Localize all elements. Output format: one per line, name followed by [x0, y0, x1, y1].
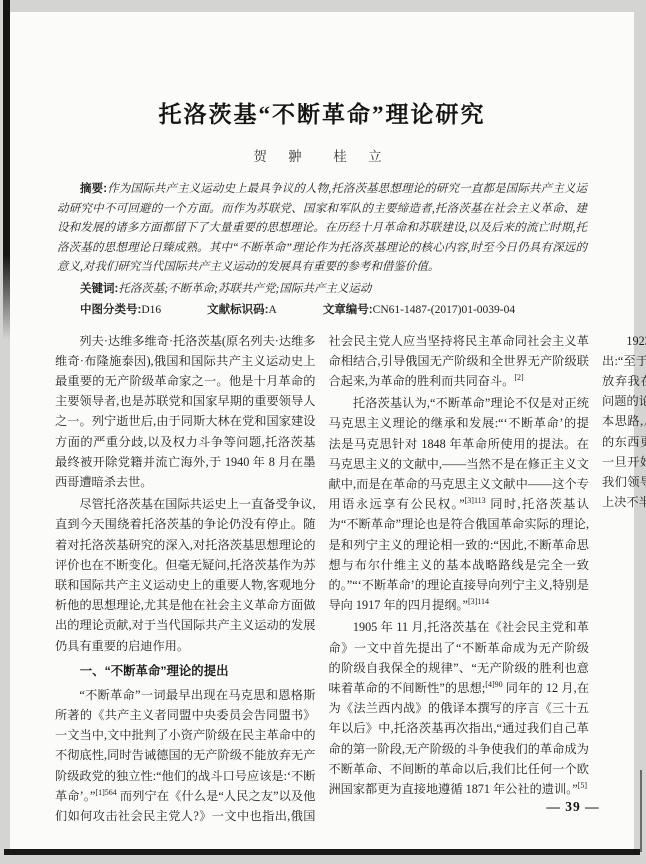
- article-number: 文章编号:CN61-1487-(2017)01-0039-04: [323, 304, 515, 316]
- abstract-label: 摘要:: [80, 183, 107, 195]
- keywords-line: 关键词:托洛茨基;不断革命;苏联共产党;国际共产主义运动: [57, 279, 587, 299]
- paper-sheet: 托洛茨基“不断革命”理论研究 贺 翀 桂 立 摘要:作为国际共产主义运动史上最具…: [10, 12, 634, 852]
- paragraph: 列夫·达维多维奇·托洛茨基(原名列夫·达维多维奇·布隆施泰因),俄国和国际共产主…: [55, 331, 316, 493]
- scan-left-edge-artifact: [3, 0, 10, 340]
- article-body: 列夫·达维多维奇·托洛茨基(原名列夫·达维多维奇·布隆施泰因),俄国和国际共产主…: [55, 331, 589, 841]
- article-number-value: CN61-1487-(2017)01-0039-04: [373, 304, 515, 316]
- citation-marker: [3]113: [465, 496, 486, 505]
- clc-value: D16: [141, 304, 161, 316]
- doc-code-value: A: [269, 304, 277, 316]
- paragraph: 托洛茨基认为,“不断革命”理论不仅是对正统马克思主义理论的继承和发展:“‘不断革…: [329, 393, 590, 615]
- page-number: — 39 —: [518, 799, 628, 815]
- abstract-text: 作为国际共产主义运动史上最具争议的人物,托洛茨基思想理论的研究一直都是国际共产主…: [57, 183, 587, 273]
- keywords-text: 托洛茨基;不断革命;苏联共产党;国际共产主义运动: [118, 283, 371, 295]
- paragraph: 1923 年,托洛茨基在《新方针》中进一步指出:“至于‘不断革命’论,我坚决认为…: [602, 331, 646, 513]
- scan-right-edge-artifact: [640, 770, 642, 852]
- meta-line: 中图分类号:D16文献标识码:A文章编号:CN61-1487-(2017)01-…: [57, 300, 587, 320]
- abstract: 摘要:作为国际共产主义运动史上最具争议的人物,托洛茨基思想理论的研究一直都是国际…: [57, 180, 587, 278]
- citation-marker: [3]114: [468, 597, 489, 606]
- clc-number: 中图分类号:D16: [80, 304, 161, 316]
- keywords-label: 关键词:: [80, 283, 118, 295]
- doc-code-label: 文献标识码:: [207, 304, 268, 316]
- paragraph: 尽管托洛茨基在国际共运史上一直备受争议,直到今天围绕着托洛茨基的争论仍没有停止。…: [55, 494, 316, 656]
- authors: 贺 翀 桂 立: [55, 145, 589, 165]
- citation-marker: [5]: [578, 781, 587, 790]
- citation-marker: [1]564: [95, 788, 116, 797]
- paragraph: 1905 年 11 月,托洛茨基在《社会民主党和革命》一文中首先提出了“不断革命…: [329, 617, 590, 799]
- document-code: 文献标识码:A: [207, 304, 277, 316]
- article-title: 托洛茨基“不断革命”理论研究: [55, 96, 589, 129]
- clc-label: 中图分类号:: [80, 304, 141, 316]
- section-heading: 一、“不断革命”理论的提出: [55, 661, 316, 681]
- scan-bottom-edge-artifact: [4, 849, 640, 855]
- citation-marker: [2]: [514, 373, 523, 382]
- page-content: 托洛茨基“不断革命”理论研究 贺 翀 桂 立 摘要:作为国际共产主义运动史上最具…: [55, 12, 589, 841]
- article-number-label: 文章编号:: [323, 304, 373, 316]
- citation-marker: [4]90: [485, 680, 502, 689]
